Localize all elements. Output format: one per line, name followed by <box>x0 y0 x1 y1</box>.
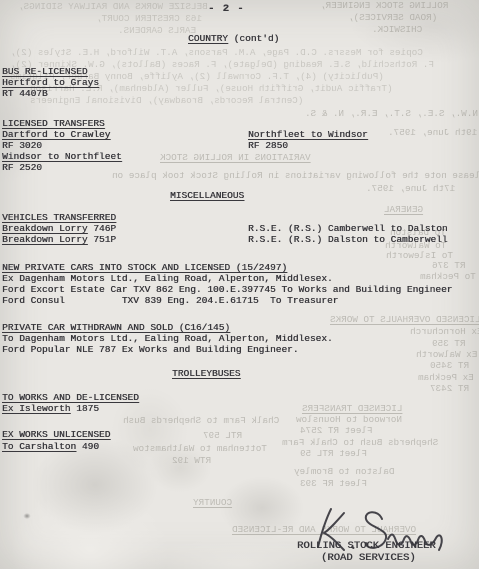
bus-relicensed-heading: BUS RE-LICENSED <box>2 66 88 77</box>
page-number: - 2 - <box>208 4 245 15</box>
new-private-cars-heading: NEW PRIVATE CARS INTO STOCK AND LICENSED… <box>2 262 287 273</box>
signature-title-line2: (ROAD SERVICES) <box>321 553 416 564</box>
licensed-transfers-heading: LICENSED TRANSFERS <box>2 118 105 129</box>
vehicle-row: Breakdown Lorry 751P <box>2 234 116 245</box>
to-works-entry: Ex Isleworth 1875 <box>2 403 99 414</box>
signature-title-line1: ROLLING STOCK ENGINEER <box>297 541 436 552</box>
private-car-withdrawn-line: To Dagenham Motors Ltd., Ealing Road, Al… <box>2 333 333 344</box>
transfer-fleet: RF 2850 <box>248 140 288 151</box>
bleedthrough-line: Please note the following variations in … <box>112 170 479 181</box>
private-car-withdrawn-line: Ford Popular NLE 787 Ex Works and Buildi… <box>2 344 298 355</box>
bleedthrough-line: Norwood to Hounslow <box>296 414 402 425</box>
transfer-fleet: RF 3020 <box>2 140 42 151</box>
bleedthrough-line: RT 2437 <box>430 383 469 394</box>
country-heading: COUNTRY (cont'd) <box>188 33 279 44</box>
bleedthrough-line: Fleet RTL 59 <box>300 448 367 459</box>
vehicles-transferred-heading: VEHICLES TRANSFERRED <box>2 212 116 223</box>
trolleybuses-heading: TROLLEYBUSES <box>172 368 240 379</box>
private-car-withdrawn-heading: PRIVATE CAR WITHDRAWN AND SOLD (C16/145) <box>2 322 230 333</box>
bleedthrough-line: RT 376 <box>432 260 465 271</box>
bleedthrough-line: LICENSED TRANSFERS <box>302 403 402 414</box>
bleedthrough-line: Fleet RT 2574 <box>300 425 373 436</box>
vehicle-detail: R.S.E. (R.S.) Dalston to Camberwell <box>248 234 448 245</box>
country-heading-rest: (cont'd) <box>228 33 279 44</box>
bleedthrough-line: RTL 597 <box>203 430 242 441</box>
bleedthrough-line: COUNTRY <box>193 497 232 508</box>
vehicle-number: 751P <box>88 234 117 245</box>
to-works-entry-location: Ex Isleworth <box>2 403 70 414</box>
ex-works-unlicensed-heading: EX WORKS UNLICENSED <box>2 429 110 440</box>
bleedthrough-line: Ex Hornchurch <box>410 326 479 337</box>
bleedthrough-line: VARIATIONS IN ROLLING STOCK <box>160 152 311 163</box>
vehicle-number: 746P <box>88 223 117 234</box>
bleedthrough-line: GENERAL <box>384 204 423 215</box>
vehicle-detail: R.S.E. (R.S.) Camberwell to Dalston <box>248 223 448 234</box>
bleedthrough-line: RTW 192 <box>172 455 211 466</box>
bus-relicensed-route: Hertford to Grays <box>2 77 99 88</box>
transfer-route: Windsor to Northfleet <box>2 151 122 162</box>
bleedthrough-line: BELSIZE WORKS AND RAILWAY SIDINGS, <box>18 1 208 12</box>
bleedthrough-line: Ex Peckham <box>418 372 474 383</box>
bleedthrough-line: (ROAD SERVICES), <box>348 12 437 23</box>
bleedthrough-line: Chalk Farm to Shepherds Bush <box>123 415 279 426</box>
transfer-route: Dartford to Crawley <box>2 129 110 140</box>
bleedthrough-line: 19th June, 1957. <box>388 127 477 138</box>
scanned-document-page: BELSIZE WORKS AND RAILWAY SIDINGS, 163 C… <box>0 0 479 569</box>
to-works-delicensed-heading: TO WORKS AND DE-LICENSED <box>2 392 139 403</box>
bleedthrough-line: Tottenham to Walthamstow <box>133 443 267 454</box>
bleedthrough-line: Ex Walworth <box>416 349 477 360</box>
bleedthrough-line: CHISWICK. <box>372 24 422 35</box>
bleedthrough-line: To Peckham <box>420 271 476 282</box>
bleedthrough-line: 163 CRESTERN COURT, <box>96 13 202 24</box>
vehicle-row: Breakdown Lorry 746P <box>2 223 116 234</box>
vehicle-label: Breakdown Lorry <box>2 223 88 234</box>
bleedthrough-line: Shepherds Bush to Chalk Farm <box>282 437 438 448</box>
bleedthrough-line: 17th June, 1957. <box>366 183 455 194</box>
ex-works-entry-location: To Carshalton <box>2 441 76 452</box>
bleedthrough-line: Copies for Messrs. C.D. Page, A.M. Parso… <box>10 47 423 58</box>
country-heading-underlined: COUNTRY <box>188 33 228 44</box>
bleedthrough-line: EARLS GARDENS. <box>118 25 196 36</box>
to-works-entry-number: 1875 <box>70 403 99 414</box>
bleedthrough-line: RT 359 <box>432 338 465 349</box>
bleedthrough-line: Fleet RF 393 <box>300 478 367 489</box>
bleedthrough-line: (Central Records, Broadway), Divisional … <box>30 95 303 106</box>
bleedthrough-line: ROLLING STOCK ENGINEER, <box>320 0 448 11</box>
transfer-fleet: RF 2520 <box>2 162 42 173</box>
bleedthrough-line: Dalston to Bromley <box>294 466 394 477</box>
bus-relicensed-fleet: RT 4407B <box>2 88 48 99</box>
miscellaneous-heading: MISCELLANEOUS <box>170 190 244 201</box>
ex-works-entry-number: 490 <box>76 441 99 452</box>
bleedthrough-line: LICENSED OVERHAULS TO WORKS <box>330 314 479 325</box>
new-private-cars-line: Ford Consul TXV 839 Eng. 204.E.61715 To … <box>2 295 338 306</box>
new-private-cars-line: Ford Excort Estate Car TXV 862 Eng. 100.… <box>2 284 452 295</box>
bleedthrough-line: RT 3450 <box>430 360 469 371</box>
bleedthrough-line: N.W., S.E., S.T., E.R., N. & S. <box>305 108 478 119</box>
vehicle-label: Breakdown Lorry <box>2 234 88 245</box>
ex-works-entry: To Carshalton 490 <box>2 441 99 452</box>
transfer-route: Northfleet to Windsor <box>248 129 368 140</box>
new-private-cars-line: Ex Dagenham Motors Ltd., Ealing Road, Al… <box>2 273 333 284</box>
